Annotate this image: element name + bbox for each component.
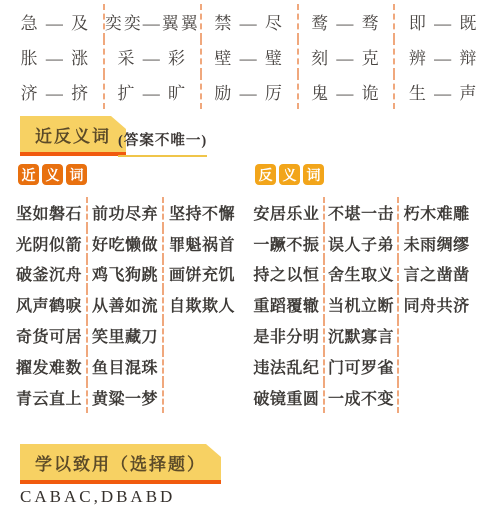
tag-char: 反 bbox=[255, 164, 276, 185]
idiom-cell bbox=[399, 382, 474, 413]
idiom-cell: 违法乱纪 bbox=[250, 351, 325, 382]
idiom-cell: 不堪一击 bbox=[325, 197, 400, 228]
pair-cell: 鬼 — 诡 bbox=[299, 74, 396, 109]
idiom-cell: 前功尽弃 bbox=[88, 197, 164, 228]
idiom-cell: 是非分明 bbox=[250, 320, 325, 351]
idiom-cell bbox=[399, 320, 474, 351]
pair-cell: 急 — 及 bbox=[8, 4, 105, 39]
idiom-cell: 一蹶不振 bbox=[250, 228, 325, 259]
section-title: 近反义词 bbox=[20, 116, 126, 152]
idiom-cell: 画饼充饥 bbox=[164, 259, 240, 290]
pair-cell: 采 — 彩 bbox=[105, 39, 202, 74]
idiom-cell: 一成不变 bbox=[325, 382, 400, 413]
pair-cell: 即 — 既 bbox=[395, 4, 492, 39]
idiom-cell: 持之以恒 bbox=[250, 259, 325, 290]
pair-cell: 生 — 声 bbox=[395, 74, 492, 109]
idiom-cell: 从善如流 bbox=[88, 289, 164, 320]
tag-char: 近 bbox=[18, 164, 39, 185]
idiom-cell: 鱼目混珠 bbox=[88, 351, 164, 382]
synonyms-label: 近义词 bbox=[18, 164, 87, 185]
idiom-cell: 破镜重圆 bbox=[250, 382, 325, 413]
idiom-cell: 误人子弟 bbox=[325, 228, 400, 259]
idiom-cell: 青云直上 bbox=[12, 382, 88, 413]
idiom-cell: 言之凿凿 bbox=[399, 259, 474, 290]
synonyms-list: 坚如磐石前功尽弃坚持不懈光阴似箭好吃懒做罪魁祸首破釜沉舟鸡飞狗跳画饼充饥风声鹤唳… bbox=[12, 197, 240, 413]
answer-not-unique-note: (答案不唯一) bbox=[118, 129, 207, 157]
idiom-cell: 鸡飞狗跳 bbox=[88, 259, 164, 290]
idiom-cell: 好吃懒做 bbox=[88, 228, 164, 259]
idiom-cell: 奇货可居 bbox=[12, 320, 88, 351]
pair-cell: 鹜 — 骛 bbox=[299, 4, 396, 39]
pair-cell: 奕奕—翼翼 bbox=[105, 4, 202, 39]
pair-cell: 辨 — 辩 bbox=[395, 39, 492, 74]
idiom-cell: 坚持不懈 bbox=[164, 197, 240, 228]
idiom-cell: 当机立断 bbox=[325, 289, 400, 320]
tag-char: 词 bbox=[303, 164, 324, 185]
section-title-underline-bar bbox=[20, 152, 126, 156]
idiom-cell bbox=[399, 351, 474, 382]
idiom-cell: 沉默寡言 bbox=[325, 320, 400, 351]
idiom-cell: 罪魁祸首 bbox=[164, 228, 240, 259]
idiom-cell: 破釜沉舟 bbox=[12, 259, 88, 290]
pair-cell: 胀 — 涨 bbox=[8, 39, 105, 74]
practice-title-underline-bar bbox=[20, 480, 221, 484]
idiom-cell: 舍生取义 bbox=[325, 259, 400, 290]
pair-cell: 刻 — 克 bbox=[299, 39, 396, 74]
section-header-practice: 学以致用（选择题） bbox=[20, 444, 221, 484]
pair-cell: 扩 — 旷 bbox=[105, 74, 202, 109]
idiom-cell bbox=[164, 320, 240, 351]
idiom-cell: 坚如磐石 bbox=[12, 197, 88, 228]
idiom-cell bbox=[164, 351, 240, 382]
practice-title: 学以致用（选择题） bbox=[20, 444, 221, 480]
section-header-synonyms-antonyms: 近反义词 bbox=[20, 116, 126, 156]
idiom-cell: 同舟共济 bbox=[399, 289, 474, 320]
idiom-cell bbox=[164, 382, 240, 413]
idiom-cell: 重蹈覆辙 bbox=[250, 289, 325, 320]
idiom-cell: 安居乐业 bbox=[250, 197, 325, 228]
idiom-cell: 门可罗雀 bbox=[325, 351, 400, 382]
pair-cell: 禁 — 尽 bbox=[202, 4, 299, 39]
antonyms-label: 反义词 bbox=[255, 164, 324, 185]
worksheet-page: 急 — 及奕奕—翼翼禁 — 尽鹜 — 骛即 — 既胀 — 涨采 — 彩壁 — 璧… bbox=[0, 0, 500, 517]
idiom-cell: 笑里藏刀 bbox=[88, 320, 164, 351]
idiom-cell: 未雨绸缪 bbox=[399, 228, 474, 259]
tag-char: 义 bbox=[42, 164, 63, 185]
pair-cell: 励 — 厉 bbox=[202, 74, 299, 109]
idiom-cell: 黄粱一梦 bbox=[88, 382, 164, 413]
idiom-cell: 风声鹤唳 bbox=[12, 289, 88, 320]
idiom-cell: 自欺欺人 bbox=[164, 289, 240, 320]
practice-answers: CABAC,DBABD bbox=[20, 487, 175, 507]
tag-char: 义 bbox=[279, 164, 300, 185]
idiom-cell: 朽木难雕 bbox=[399, 197, 474, 228]
tag-char: 词 bbox=[66, 164, 87, 185]
pair-cell: 济 — 挤 bbox=[8, 74, 105, 109]
character-pairs-grid: 急 — 及奕奕—翼翼禁 — 尽鹜 — 骛即 — 既胀 — 涨采 — 彩壁 — 璧… bbox=[8, 4, 492, 109]
idiom-cell: 光阴似箭 bbox=[12, 228, 88, 259]
pair-cell: 壁 — 璧 bbox=[202, 39, 299, 74]
idiom-cell: 擢发难数 bbox=[12, 351, 88, 382]
antonyms-list: 安居乐业不堪一击朽木难雕一蹶不振误人子弟未雨绸缪持之以恒舍生取义言之凿凿重蹈覆辙… bbox=[250, 197, 474, 413]
